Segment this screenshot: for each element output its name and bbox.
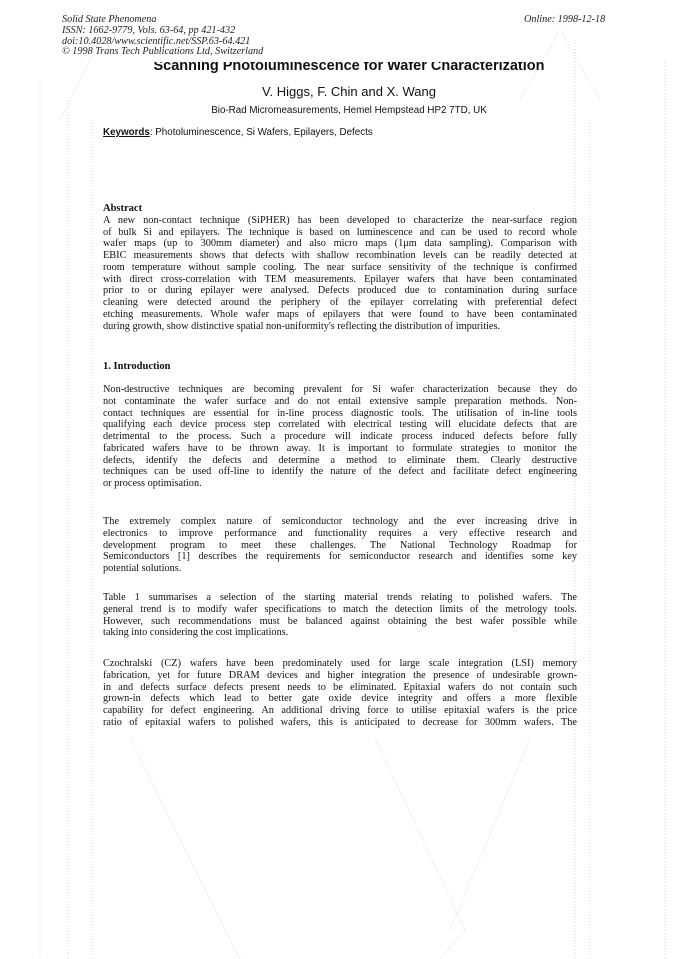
issn-info: ISSN: 1662-9779, Vols. 63-64, pp 421-432	[62, 26, 263, 37]
keywords-list: : Photoluminescence, Si Wafers, Epilayer…	[150, 127, 373, 138]
text-line: development program to meet these challe…	[103, 540, 577, 552]
author-affiliation: Bio-Rad Micromeasurements, Hemel Hempste…	[0, 105, 678, 116]
paragraph: Table 1 summarises a selection of the st…	[103, 592, 577, 639]
online-date: Online: 1998-12-18	[524, 15, 605, 26]
intro-paragraph-3: Table 1 summarises a selection of the st…	[103, 592, 577, 639]
intro-paragraph-1: Non-destructive techniques are becoming …	[103, 384, 577, 490]
text-line: The extremely complex nature of semicond…	[103, 516, 577, 528]
text-line: EBIC measurements shows that defects wit…	[103, 250, 577, 262]
text-line: cleaning were detected around the periph…	[103, 297, 577, 309]
keywords-label: Keywords	[103, 127, 150, 138]
abstract-heading: Abstract	[103, 203, 577, 215]
text-line: grown-in defects which lead to better ga…	[103, 693, 577, 705]
paper-page: Solid State Phenomena ISSN: 1662-9779, V…	[0, 0, 678, 959]
text-line: qualifying each device process step corr…	[103, 419, 577, 431]
intro-paragraph-2: The extremely complex nature of semicond…	[103, 516, 577, 575]
paragraph: The extremely complex nature of semicond…	[103, 516, 577, 575]
text-line: etching measurements. Whole wafer maps o…	[103, 309, 577, 321]
keywords-line: Keywords: Photoluminescence, Si Wafers, …	[103, 127, 373, 138]
text-line: capability for defect engineering. An ad…	[103, 705, 577, 717]
text-line: techniques can be used off-line to ident…	[103, 466, 577, 478]
text-line: fabrication, yet for future DRAM devices…	[103, 670, 577, 682]
intro-paragraph-4: Czochralski (CZ) wafers have been predom…	[103, 658, 577, 729]
text-line: in and defects surface defects present n…	[103, 682, 577, 694]
text-line: electronics to improve performance and f…	[103, 528, 577, 540]
text-line: not contaminate the wafer surface and do…	[103, 396, 577, 408]
abstract-section: Abstract A new non-contact technique (Si…	[103, 203, 577, 332]
paper-title: Scanning Photoluminescence for Wafer Cha…	[0, 58, 678, 74]
text-line: ratio of epitaxial wafers to polished wa…	[103, 717, 577, 729]
citation-header: Solid State Phenomena ISSN: 1662-9779, V…	[62, 15, 263, 58]
text-line: room temperature without sample cooling.…	[103, 262, 577, 274]
introduction-section: 1. Introduction	[103, 361, 577, 373]
text-line: A new non-contact technique (SiPHER) has…	[103, 215, 577, 227]
text-line: during growth, show distinctive spatial …	[103, 321, 577, 333]
text-line: or process optimisation.	[103, 478, 577, 490]
text-line: potential solutions.	[103, 563, 577, 575]
introduction-heading: 1. Introduction	[103, 361, 577, 373]
text-line: of bulk Si and epilayers. The technique …	[103, 227, 577, 239]
text-line: wafer maps (up to 300mm diameter) and al…	[103, 238, 577, 250]
text-line: Non-destructive techniques are becoming …	[103, 384, 577, 396]
paragraph: Czochralski (CZ) wafers have been predom…	[103, 658, 577, 729]
text-line: detrimental to the process. Such a proce…	[103, 431, 577, 443]
text-line: defects, identify the defects and determ…	[103, 455, 577, 467]
text-line: Czochralski (CZ) wafers have been predom…	[103, 658, 577, 670]
text-line: Table 1 summarises a selection of the st…	[103, 592, 577, 604]
text-line: taking into considering the cost implica…	[103, 627, 577, 639]
text-line: fabricated wafers have to be thrown away…	[103, 443, 577, 455]
text-line: However, such recommendations must be ba…	[103, 616, 577, 628]
abstract-paragraph: A new non-contact technique (SiPHER) has…	[103, 215, 577, 333]
text-line: prior to or during epilayer were analyse…	[103, 285, 577, 297]
text-line: Semiconductors [1] describes the require…	[103, 551, 577, 563]
copyright-notice: © 1998 Trans Tech Publications Ltd, Swit…	[62, 47, 263, 58]
text-line: contact techniques are essential for in-…	[103, 408, 577, 420]
text-line: with direct cross-correlation with TEM m…	[103, 274, 577, 286]
text-line: general trend is to modify wafer specifi…	[103, 604, 577, 616]
paper-authors: V. Higgs, F. Chin and X. Wang	[0, 84, 678, 99]
paragraph: Non-destructive techniques are becoming …	[103, 384, 577, 490]
